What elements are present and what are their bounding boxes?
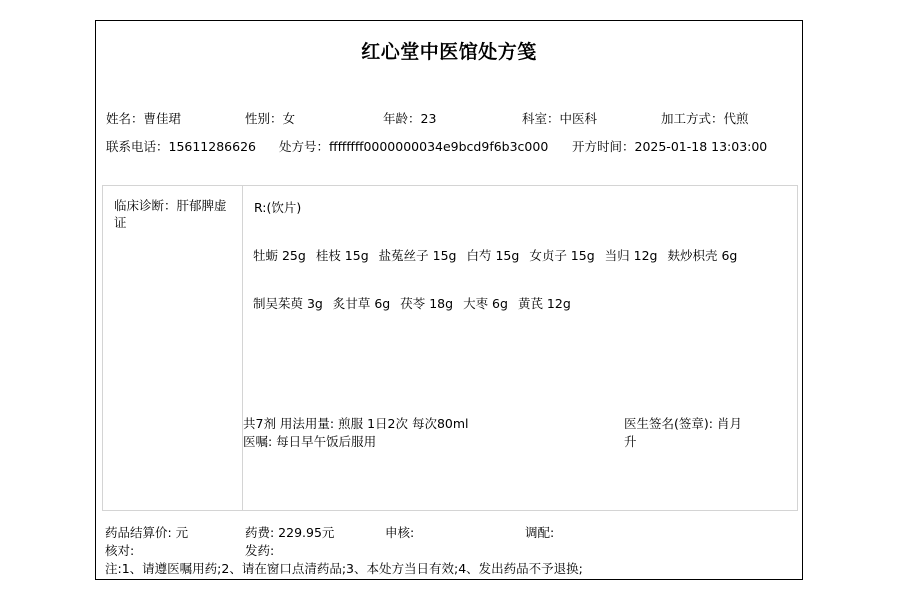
settlement-price: 药品结算价: 元 (105, 523, 188, 541)
department: 科室：中医科 (522, 109, 597, 127)
contact-phone: 联系电话：15611286626 (106, 137, 256, 155)
prescription-content-cell: R:(饮片) 牡蛎 25g桂枝 15g盐菟丝子 15g白芍 15g女贞子 15g… (243, 186, 797, 510)
dispense-prep-field: 调配: (525, 523, 554, 541)
rx-type: R:(饮片) (254, 198, 301, 216)
prescription-number: 处方号：ffffffff0000000034e9bcd9f6b3c000 (279, 137, 548, 155)
usage-dosage: 共7剂 用法用量: 煎服 1日2次 每次80ml (243, 415, 469, 433)
diagnosis-cell: 临床诊断：肝郁脾虚证 (103, 186, 243, 510)
herb-item: 炙甘草 6g (333, 294, 390, 312)
herb-item: 黄芪 12g (518, 294, 571, 312)
doctor-advice: 医嘱: 每日早午饭后服用 (243, 433, 469, 451)
herb-item: 麸炒枳壳 6g (667, 246, 737, 264)
herb-item: 当归 12g (605, 246, 658, 264)
herb-item: 白芍 15g (466, 246, 519, 264)
dispense-field: 发药: (245, 541, 274, 559)
doctor-signature: 医生签名(签章): 肖月升 (624, 415, 754, 451)
herb-item: 桂枝 15g (316, 246, 369, 264)
prescription-box: 临床诊断：肝郁脾虚证 R:(饮片) 牡蛎 25g桂枝 15g盐菟丝子 15g白芍… (102, 185, 798, 511)
patient-age: 年龄：23 (383, 109, 436, 127)
usage-block: 共7剂 用法用量: 煎服 1日2次 每次80ml 医嘱: 每日早午饭后服用 (243, 415, 469, 451)
check-field: 核对: (105, 541, 134, 559)
drug-fee: 药费: 229.95元 (245, 523, 334, 541)
herb-item: 茯苓 18g (400, 294, 453, 312)
herb-item: 盐菟丝子 15g (379, 246, 457, 264)
herb-list-line-2: 制吴茱萸 3g炙甘草 6g茯苓 18g大枣 6g黄芪 12g (253, 294, 581, 312)
herb-item: 制吴茱萸 3g (253, 294, 323, 312)
herb-item: 大枣 6g (463, 294, 508, 312)
prescription-sheet: 红心堂中医馆处方笺 姓名：曹佳珺 性别：女 年龄：23 科室：中医科 加工方式：… (95, 20, 803, 580)
herb-item: 牡蛎 25g (253, 246, 306, 264)
prescription-time: 开方时间：2025-01-18 13:03:00 (572, 137, 767, 155)
review-field: 申核: (385, 523, 414, 541)
herb-list-line-1: 牡蛎 25g桂枝 15g盐菟丝子 15g白芍 15g女贞子 15g当归 12g麸… (253, 246, 747, 264)
patient-name: 姓名：曹佳珺 (106, 109, 181, 127)
herb-item: 女贞子 15g (529, 246, 594, 264)
clinical-diagnosis: 临床诊断：肝郁脾虚证 (114, 198, 227, 230)
processing-method: 加工方式：代煎 (661, 109, 749, 127)
patient-gender: 性别：女 (245, 109, 295, 127)
page-title: 红心堂中医馆处方笺 (96, 37, 802, 64)
footer-notes: 注:1、请遵医嘱用药;2、请在窗口点清药品;3、本处方当日有效;4、发出药品不予… (105, 559, 583, 577)
